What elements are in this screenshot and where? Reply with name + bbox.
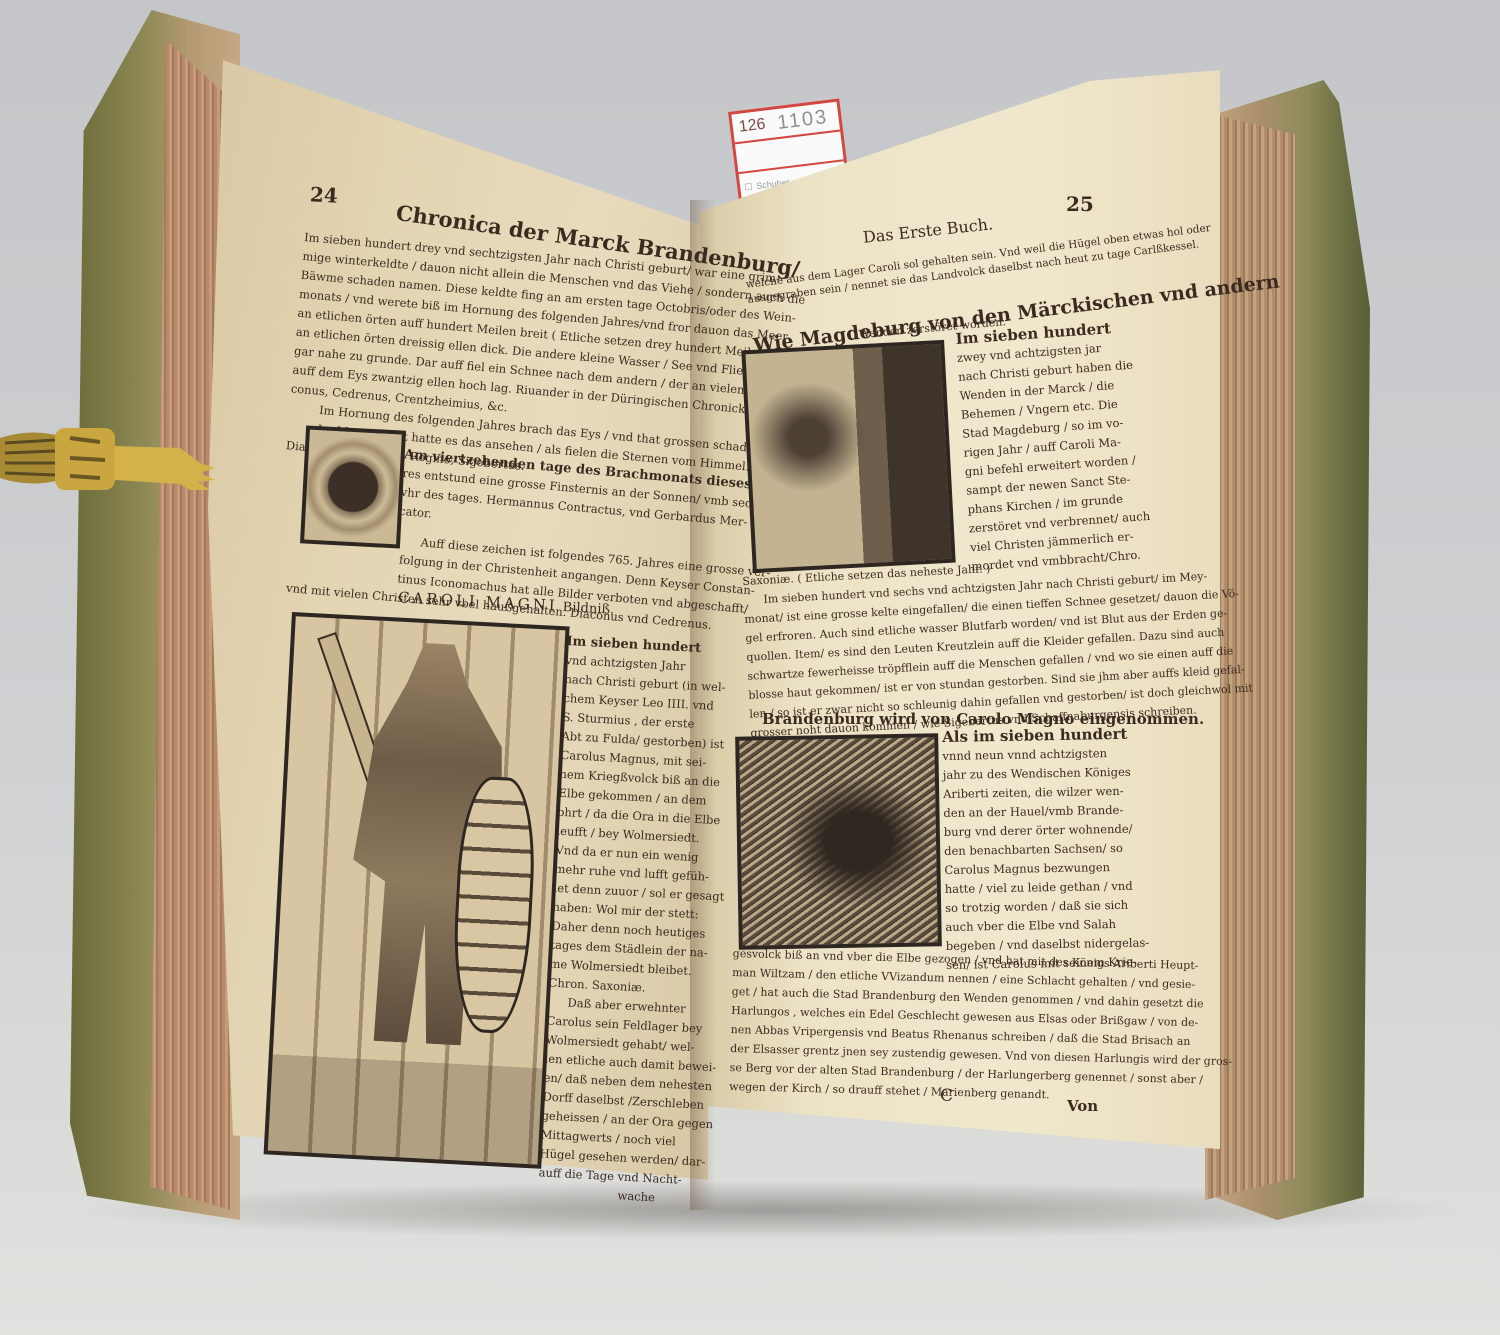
section-2-column: Als im sieben hundert vnnd neun vnnd ach… bbox=[942, 724, 1150, 975]
magdeburg-siege-woodcut bbox=[741, 340, 955, 573]
section-1-column: Im sieben hundert zwey vnd achtzigsten j… bbox=[955, 317, 1153, 576]
slip-number-left: 126 bbox=[738, 116, 767, 137]
slip-number-right: 1103 bbox=[776, 105, 829, 134]
checkbox-icon: ☐ bbox=[744, 181, 753, 193]
brass-clasp-hand-icon bbox=[0, 418, 220, 498]
right-page-number: 25 bbox=[1066, 192, 1094, 216]
section-2-after-text: gesvolck biß an vnd vber die Elbe gezoge… bbox=[729, 944, 1235, 1109]
left-side-column: Im sieben hundert vnd achtzigsten Jahr n… bbox=[537, 632, 738, 1210]
catchword: Von bbox=[1067, 1097, 1098, 1115]
signature-mark: C bbox=[940, 1086, 953, 1106]
brandenburg-battle-woodcut bbox=[735, 733, 942, 950]
left-page-number: 24 bbox=[309, 182, 338, 207]
charlemagne-portrait-woodcut bbox=[264, 612, 570, 1169]
